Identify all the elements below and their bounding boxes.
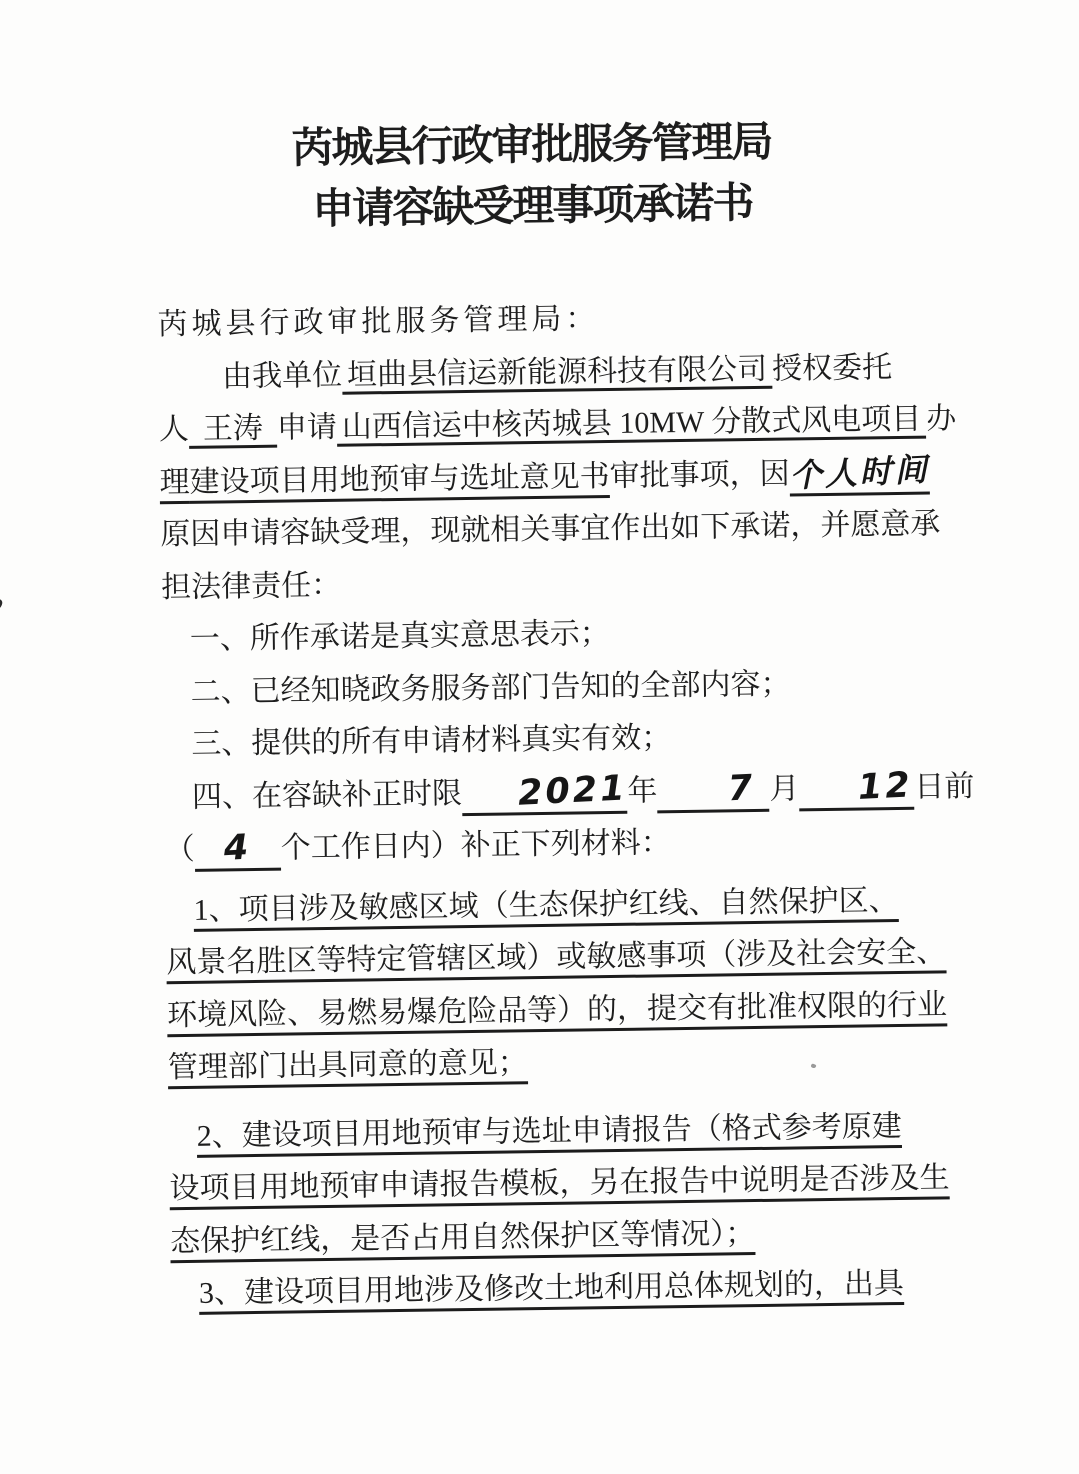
material-1-text-2: 风景名胜区等特定管辖区域）或敏感事项（涉及社会安全、: [166, 935, 946, 984]
reason-handwritten: 个人时间: [789, 450, 931, 495]
material-1-text-1: 1、项目涉及敏感区域（生态保护红线、自然保护区、: [193, 884, 898, 932]
line-deadline: 四、在容缺补正时限2021年7月12日前: [164, 761, 925, 824]
days-blank: 4: [194, 828, 281, 872]
line-reason: 原因申请容缺受理，现就相关事宜作出如下承诺，并愿意承: [160, 499, 921, 562]
line-working-days: （4个工作日内）补正下列材料：: [164, 814, 925, 877]
year-handwritten: 2021: [489, 769, 628, 814]
material-2-text-2: 设项目用地预审申请报告模板，另在报告中说明是否涉及生: [169, 1161, 949, 1210]
paren-open: （: [165, 833, 195, 866]
unit-prefix: 由我单位: [222, 358, 342, 393]
matter-suffix: 审批事项，因: [609, 457, 789, 493]
deadline-prefix: 四、在容缺补正时限: [192, 777, 462, 814]
material-2-line-2: 设项目用地预审申请报告模板，另在报告中说明是否涉及生: [169, 1153, 930, 1216]
days-label: 个工作日内）补正下列材料：: [281, 826, 671, 864]
material-2-text-1: 2、建设项目用地预审与选址申请报告（格式参考原建: [197, 1109, 902, 1157]
person-name-filled: 王涛: [189, 412, 277, 449]
unit-suffix: 授权委托: [772, 351, 892, 386]
reason-blank: 个人时间: [789, 451, 930, 496]
day-handwritten: 12: [829, 766, 913, 808]
day-label: 日前: [914, 769, 974, 803]
year-label: 年: [627, 774, 657, 807]
month-handwritten: 7: [699, 769, 756, 810]
material-3-line-1: 3、建设项目用地涉及修改土地利用总体规划的，出具: [171, 1258, 932, 1321]
day-blank: 12: [799, 766, 915, 811]
month-blank: 7: [657, 768, 770, 813]
material-1-line-3: 环境风险、易燃易爆危险品等）的，提交有批准权限的行业: [167, 979, 928, 1042]
unit-name-filled: 垣曲县信运新能源科技有限公司: [342, 352, 772, 394]
material-3-text-1: 3、建设项目用地涉及修改土地利用总体规划的，出具: [199, 1267, 904, 1315]
material-1-text-4: 管理部门出具同意的意见；: [168, 1046, 528, 1089]
days-handwritten: 4: [223, 829, 252, 868]
material-1-text-3: 环境风险、易燃易爆危险品等）的，提交有批准权限的行业: [167, 988, 947, 1037]
document-body: 芮城县行政审批服务管理局： 由我单位垣曲县信运新能源科技有限公司授权委托 人王涛…: [157, 289, 931, 1321]
handle-suffix: 办: [926, 402, 956, 435]
person-prefix: 人: [159, 413, 189, 446]
apply-label: 申请: [277, 411, 337, 445]
year-blank: 2021: [462, 770, 628, 815]
document-title: 芮城县行政审批服务管理局 申请容缺受理事项承诺书: [0, 0, 1072, 246]
project-name-filled: 山西信运中核芮城县 10MW 分散式风电项目: [337, 403, 927, 447]
material-2-text-3: 态保护红线，是否占用自然保护区等情况）；: [170, 1217, 755, 1263]
matter-name: 建设项目用地预审与选址意见书: [189, 460, 609, 504]
document-content: 芮城县行政审批服务管理局 申请容缺受理事项承诺书 芮城县行政审批服务管理局： 由…: [0, 0, 1079, 1323]
scanned-document-page: 芮城县行政审批服务管理局 申请容缺受理事项承诺书 芮城县行政审批服务管理局： 由…: [0, 0, 1079, 1474]
handle-prefix: 理: [159, 465, 190, 503]
month-label: 月: [769, 772, 799, 805]
